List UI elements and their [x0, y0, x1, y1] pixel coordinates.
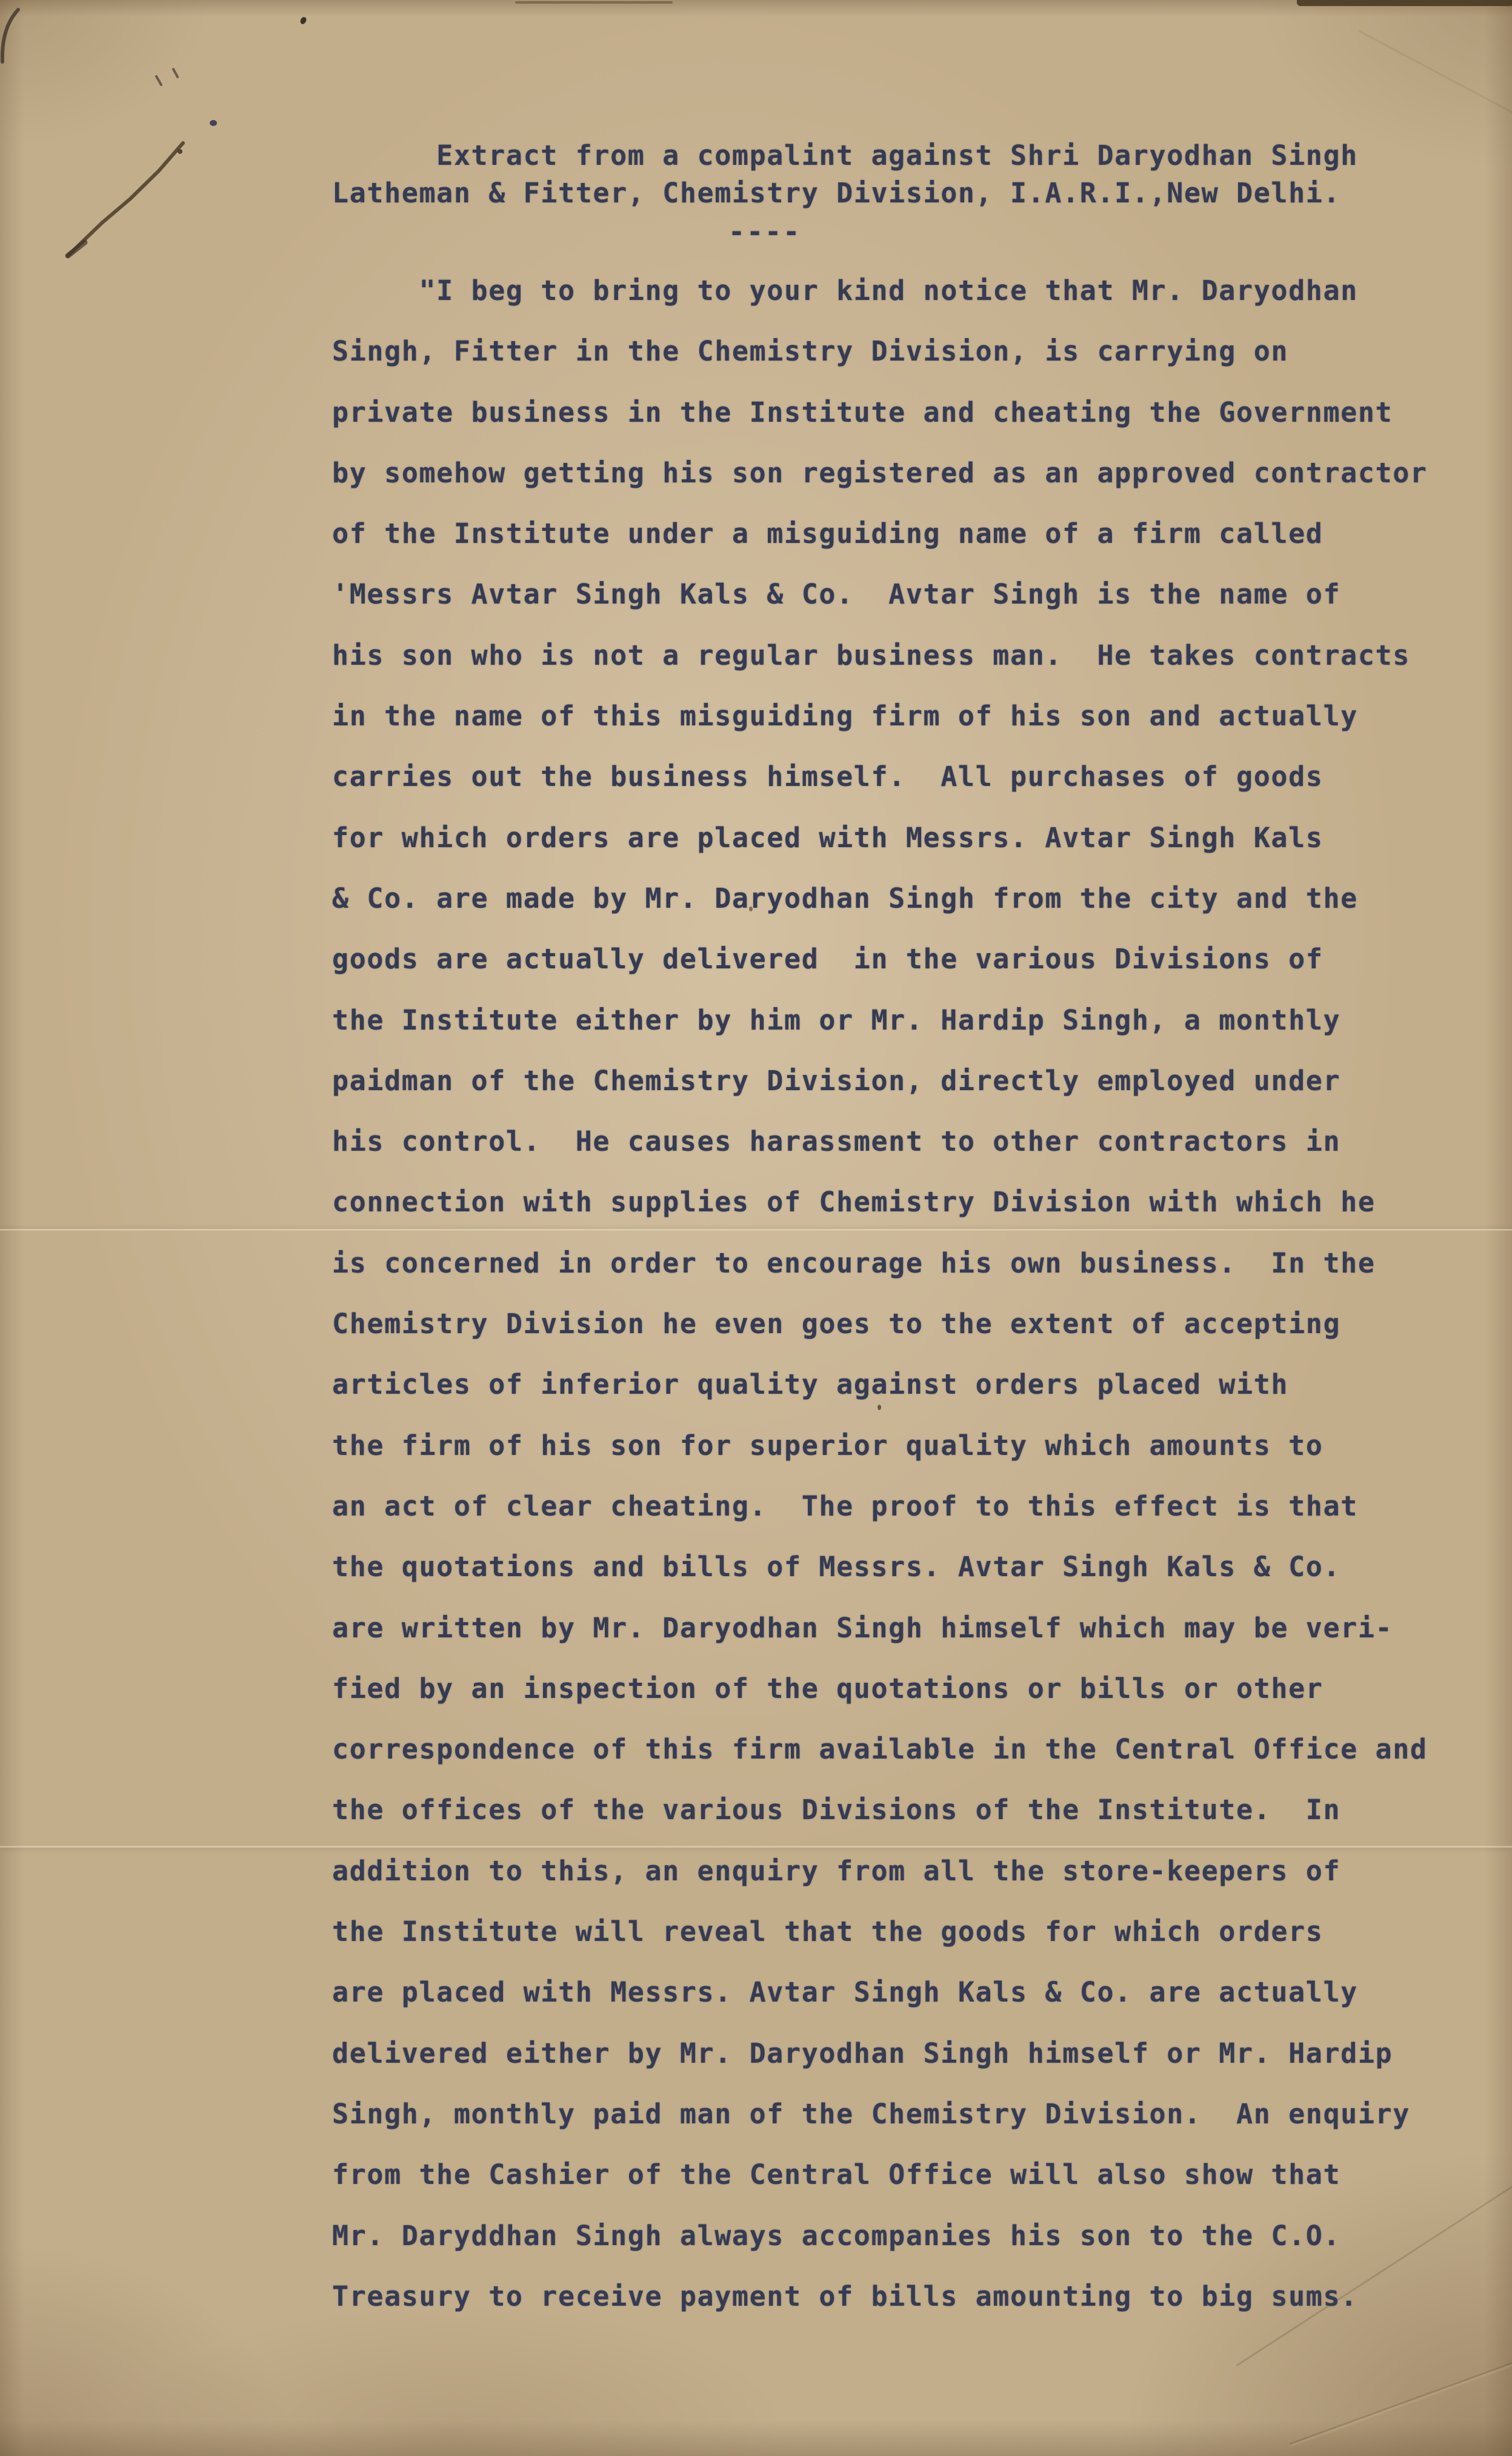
typed-line: the Institute will reveal that the goods…: [332, 1902, 1428, 1962]
typed-line: of the Institute under a misguiding name…: [332, 504, 1428, 564]
typed-line: addition to this, an enquiry from all th…: [332, 1841, 1428, 1902]
scanned-document-page: Extract from a compalint against Shri Da…: [0, 0, 1512, 2456]
corner-curl-mark: [0, 4, 36, 70]
document-body: "I beg to bring to your kind notice that…: [332, 261, 1428, 2327]
typed-line: from the Cashier of the Central Office w…: [332, 2145, 1428, 2205]
typed-line: Singh, Fitter in the Chemistry Division,…: [332, 321, 1428, 382]
corner-crease: [1359, 30, 1512, 117]
typed-line: fied by an inspection of the quotations …: [332, 1659, 1428, 1719]
typed-line: correspondence of this firm available in…: [332, 1719, 1428, 1780]
typed-line: by somehow getting his son registered as…: [332, 443, 1428, 504]
heading-separator-dashes: ----: [728, 213, 801, 251]
typed-line: his control. He causes harassment to oth…: [332, 1111, 1428, 1172]
typed-line: the Institute either by him or Mr. Hardi…: [332, 990, 1428, 1051]
typed-line: the firm of his son for superior quality…: [332, 1416, 1428, 1476]
typed-line: are written by Mr. Daryodhan Singh himse…: [332, 1598, 1428, 1659]
heading-line: Latheman & Fitter, Chemistry Division, I…: [332, 175, 1358, 212]
ink-speck: [299, 16, 307, 25]
typed-line: articles of inferior quality against ord…: [332, 1354, 1428, 1415]
page-edge-shadow: [515, 1, 673, 4]
typed-line: are placed with Messrs. Avtar Singh Kals…: [332, 1962, 1428, 2023]
page-edge-shadow: [1297, 0, 1512, 6]
typed-line: Singh, monthly paid man of the Chemistry…: [332, 2084, 1428, 2145]
typed-line: in the name of this misguiding firm of h…: [332, 686, 1428, 747]
typed-line: goods are actually delivered in the vari…: [332, 929, 1428, 990]
typed-line: the offices of the various Divisions of …: [332, 1780, 1428, 1840]
typed-line: Treasury to receive payment of bills amo…: [332, 2266, 1428, 2327]
typed-line: the quotations and bills of Messrs. Avta…: [332, 1537, 1428, 1597]
typed-line: is concerned in order to encourage his o…: [332, 1233, 1428, 1294]
typed-line: Chemistry Division he even goes to the e…: [332, 1294, 1428, 1354]
typed-line: private business in the Institute and ch…: [332, 382, 1428, 443]
typed-line: & Co. are made by Mr. Daryodhan Singh fr…: [332, 868, 1428, 929]
typed-line: carries out the business himself. All pu…: [332, 747, 1428, 807]
typed-line: paidman of the Chemistry Division, direc…: [332, 1051, 1428, 1111]
document-heading: Extract from a compalint against Shri Da…: [332, 137, 1358, 212]
scratch-mark: [30, 61, 345, 279]
typed-line: an act of clear cheating. The proof to t…: [332, 1476, 1428, 1537]
heading-line: Extract from a compalint against Shri Da…: [332, 137, 1358, 175]
typed-line: for which orders are placed with Messrs.…: [332, 808, 1428, 868]
typed-line: "I beg to bring to your kind notice that…: [332, 261, 1428, 321]
corner-crease: [1289, 2356, 1512, 2444]
typed-line: 'Messrs Avtar Singh Kals & Co. Avtar Sin…: [332, 564, 1428, 625]
typed-line: his son who is not a regular business ma…: [332, 625, 1428, 686]
typed-line: Mr. Daryddhan Singh always accompanies h…: [332, 2206, 1428, 2266]
typed-line: delivered either by Mr. Daryodhan Singh …: [332, 2023, 1428, 2084]
typed-line: connection with supplies of Chemistry Di…: [332, 1172, 1428, 1233]
